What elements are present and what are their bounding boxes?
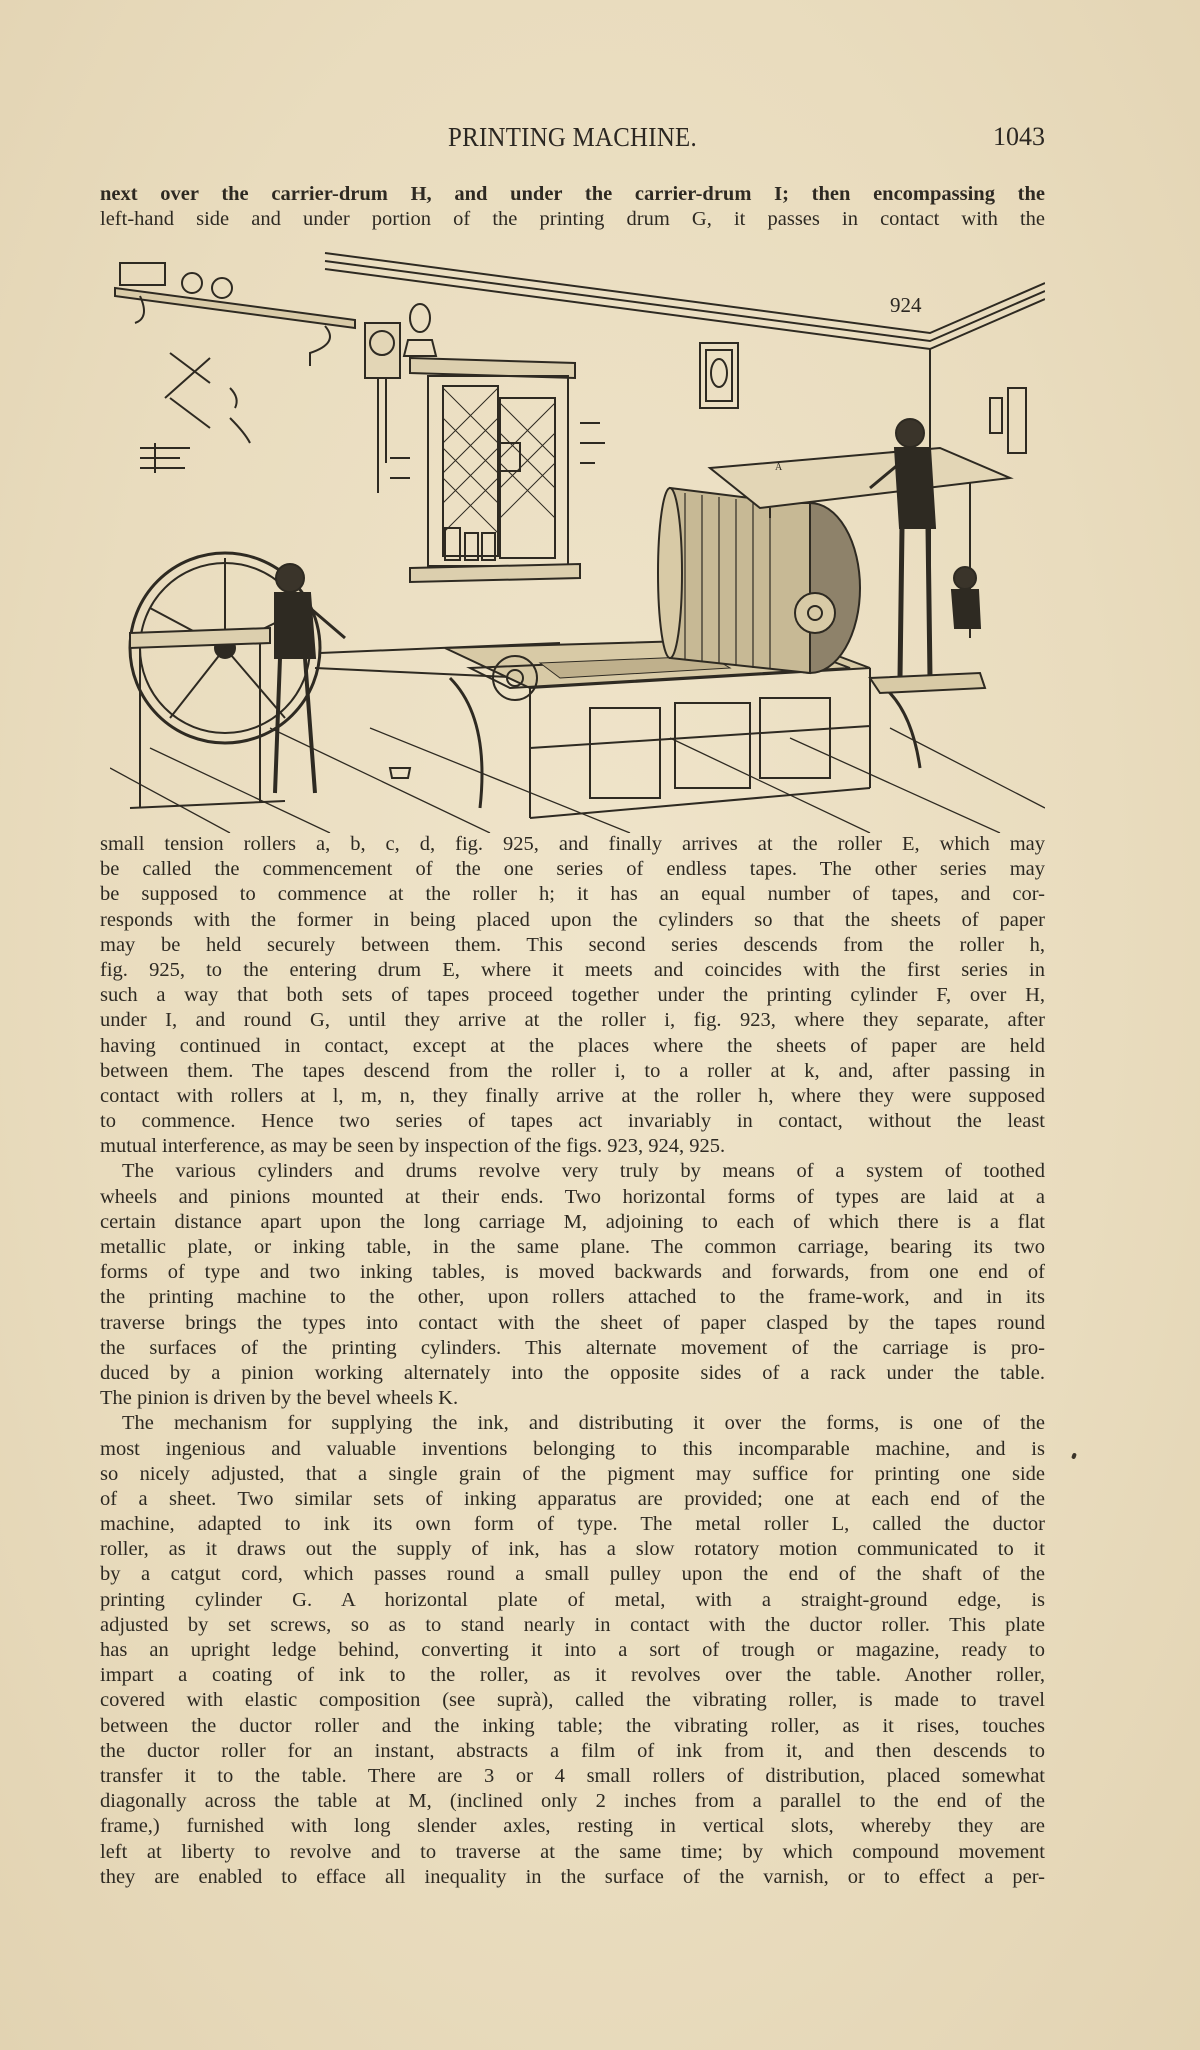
book-page: PRINTING MACHINE. 1043 next over the car… [0, 0, 1200, 2050]
running-title: PRINTING MACHINE. [138, 122, 1007, 153]
text-line: may be held securely between them. This … [100, 933, 1045, 958]
text-line: adjusted by set screws, so as to stand n… [100, 1613, 1045, 1638]
paragraph-3: The mechanism for supplying the ink, and… [100, 1411, 1045, 1890]
text-line: The pinion is driven by the bevel wheels… [100, 1386, 1045, 1411]
page-number: 1043 [993, 122, 1045, 152]
text-line: between the ductor roller and the inking… [100, 1714, 1045, 1739]
text-line: fig. 925, to the entering drum E, where … [100, 958, 1045, 983]
text-line: machine, adapted to ink its own form of … [100, 1512, 1045, 1537]
text-line: diagonally across the table at M, (incli… [100, 1789, 1045, 1814]
text-line: of a sheet. Two similar sets of inking a… [100, 1487, 1045, 1512]
text-line: metallic plate, or inking table, in the … [100, 1235, 1045, 1260]
text-line: impart a coating of ink to the roller, a… [100, 1663, 1045, 1688]
text-line: having continued in contact, except at t… [100, 1034, 1045, 1059]
text-line: the ductor roller for an instant, abstra… [100, 1739, 1045, 1764]
figure-924-engraving: A [110, 248, 1045, 833]
text-line: such a way that both sets of tapes proce… [100, 983, 1045, 1008]
text-line: duced by a pinion working alternately in… [100, 1361, 1045, 1386]
text-line: to commence. Hence two series of tapes a… [100, 1109, 1045, 1134]
text-line: be called the commencement of the one se… [100, 857, 1045, 882]
printing-room-illustration: A [110, 248, 1045, 833]
text-line: by a catgut cord, which passes round a s… [100, 1562, 1045, 1587]
text-line: the printing machine to the other, upon … [100, 1285, 1045, 1310]
text-line: next over the carrier-drum H, and under … [100, 182, 1045, 207]
text-line: wheels and pinions mounted at their ends… [100, 1185, 1045, 1210]
text-line: printing cylinder G. A horizontal plate … [100, 1588, 1045, 1613]
figure-label-a: A [775, 462, 783, 473]
text-line: small tension rollers a, b, c, d, fig. 9… [100, 832, 1045, 857]
text-line: mutual interference, as may be seen by i… [100, 1134, 1045, 1159]
text-line: under I, and round G, until they arrive … [100, 1008, 1045, 1033]
text-line: so nicely adjusted, that a single grain … [100, 1462, 1045, 1487]
text-line: covered with elastic composition (see su… [100, 1688, 1045, 1713]
text-line: roller, as it draws out the supply of in… [100, 1537, 1045, 1562]
text-line: certain distance apart upon the long car… [100, 1210, 1045, 1235]
text-line: forms of type and two inking tables, is … [100, 1260, 1045, 1285]
text-line: transfer it to the table. There are 3 or… [100, 1764, 1045, 1789]
text-line: contact with rollers at l, m, n, they fi… [100, 1084, 1045, 1109]
text-line: frame,) furnished with long slender axle… [100, 1814, 1045, 1839]
figure-number: 924 [890, 293, 922, 318]
text-line: left at liberty to revolve and to traver… [100, 1840, 1045, 1865]
text-line: has an upright ledge behind, converting … [100, 1638, 1045, 1663]
text-line: responds with the former in being placed… [100, 908, 1045, 933]
text-line: the surfaces of the printing cylinders. … [100, 1336, 1045, 1361]
text-line: left-hand side and under portion of the … [100, 207, 1045, 232]
body-text: small tension rollers a, b, c, d, fig. 9… [100, 832, 1045, 1890]
text-line: most ingenious and valuable inventions b… [100, 1437, 1045, 1462]
text-line: between them. The tapes descend from the… [100, 1059, 1045, 1084]
top-text: next over the carrier-drum H, and under … [100, 182, 1045, 232]
paragraph-1: small tension rollers a, b, c, d, fig. 9… [100, 832, 1045, 1159]
ink-speck [1071, 1452, 1077, 1459]
running-head: PRINTING MACHINE. 1043 [100, 122, 1045, 158]
text-line: they are enabled to efface all inequalit… [100, 1865, 1045, 1890]
text-line: The various cylinders and drums revolve … [100, 1159, 1045, 1184]
paragraph-2: The various cylinders and drums revolve … [100, 1159, 1045, 1411]
text-line: The mechanism for supplying the ink, and… [100, 1411, 1045, 1436]
text-line: traverse brings the types into contact w… [100, 1311, 1045, 1336]
text-line: be supposed to commence at the roller h;… [100, 882, 1045, 907]
